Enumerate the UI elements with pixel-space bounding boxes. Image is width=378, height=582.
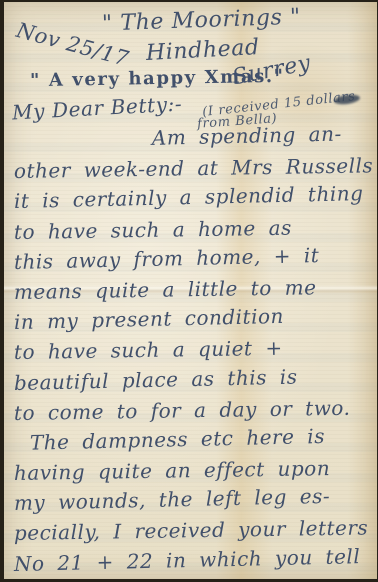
address-line-house: " The Moorings " bbox=[102, 5, 302, 37]
address-line-town: Hindhead bbox=[145, 35, 260, 66]
letter-body: Am spending an- other week-end at Mrs Ru… bbox=[14, 129, 372, 579]
letter-line: it is certainly a splendid thing bbox=[14, 181, 373, 219]
letter-photo: Nov 25/17 " The Moorings " Hindhead Surr… bbox=[0, 0, 378, 582]
salutation: My Dear Betty:- bbox=[11, 92, 182, 125]
xmas-greeting: " A very happy Xmas." bbox=[30, 66, 285, 91]
letter-paper: Nov 25/17 " The Moorings " Hindhead Surr… bbox=[4, 2, 377, 579]
